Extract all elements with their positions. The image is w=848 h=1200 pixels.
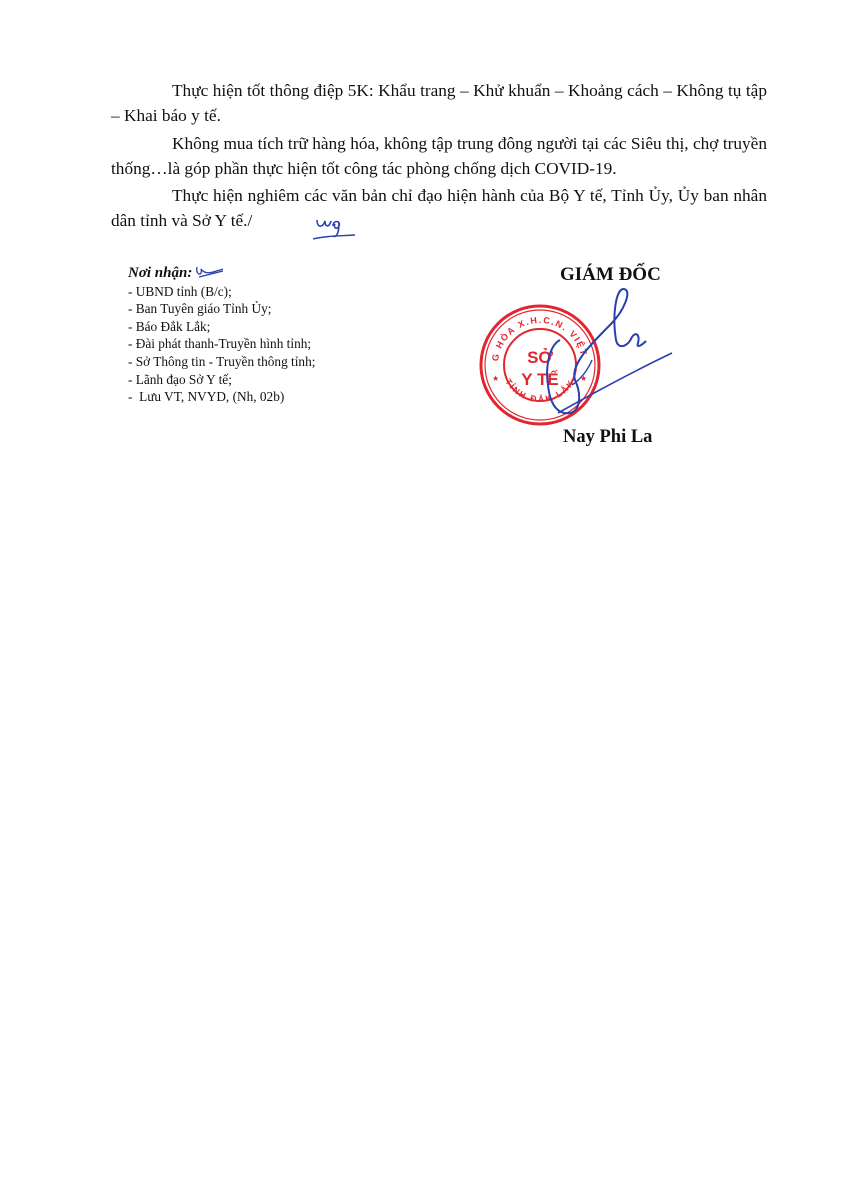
recipient-item: - Báo Đắk Lắk; [128, 318, 315, 336]
recipient-item: - Ban Tuyên giáo Tỉnh Ủy; [128, 300, 315, 318]
paragraph-no-hoarding: Không mua tích trữ hàng hóa, không tập t… [111, 131, 767, 181]
paragraph-directives: Thực hiện nghiêm các văn bản chỉ đạo hiệ… [111, 183, 767, 233]
signer-position: GIÁM ĐỐC [560, 264, 661, 286]
recipient-item: - Lưu VT, NVYD, (Nh, 02b) [128, 388, 315, 406]
handwritten-initials-icon [311, 212, 357, 242]
recipient-item: - UBND tỉnh (B/c); [128, 283, 315, 301]
recipient-item: - Sở Thông tin - Truyền thông tỉnh; [128, 353, 315, 371]
recipient-item: - Đài phát thanh-Truyền hình tỉnh; [128, 335, 315, 353]
recipient-item: - Lãnh đạo Sở Y tế; [128, 371, 315, 389]
paragraph-5k: Thực hiện tốt thông điệp 5K: Khẩu trang … [111, 78, 767, 128]
handwritten-signature-icon [520, 285, 680, 435]
svg-text:★: ★ [492, 374, 499, 383]
signer-name: Nay Phi La [563, 427, 652, 448]
recipients-block: Nơi nhận: - UBND tỉnh (B/c); - Ban Tuyên… [128, 265, 315, 406]
handwritten-mark-icon [193, 263, 225, 283]
